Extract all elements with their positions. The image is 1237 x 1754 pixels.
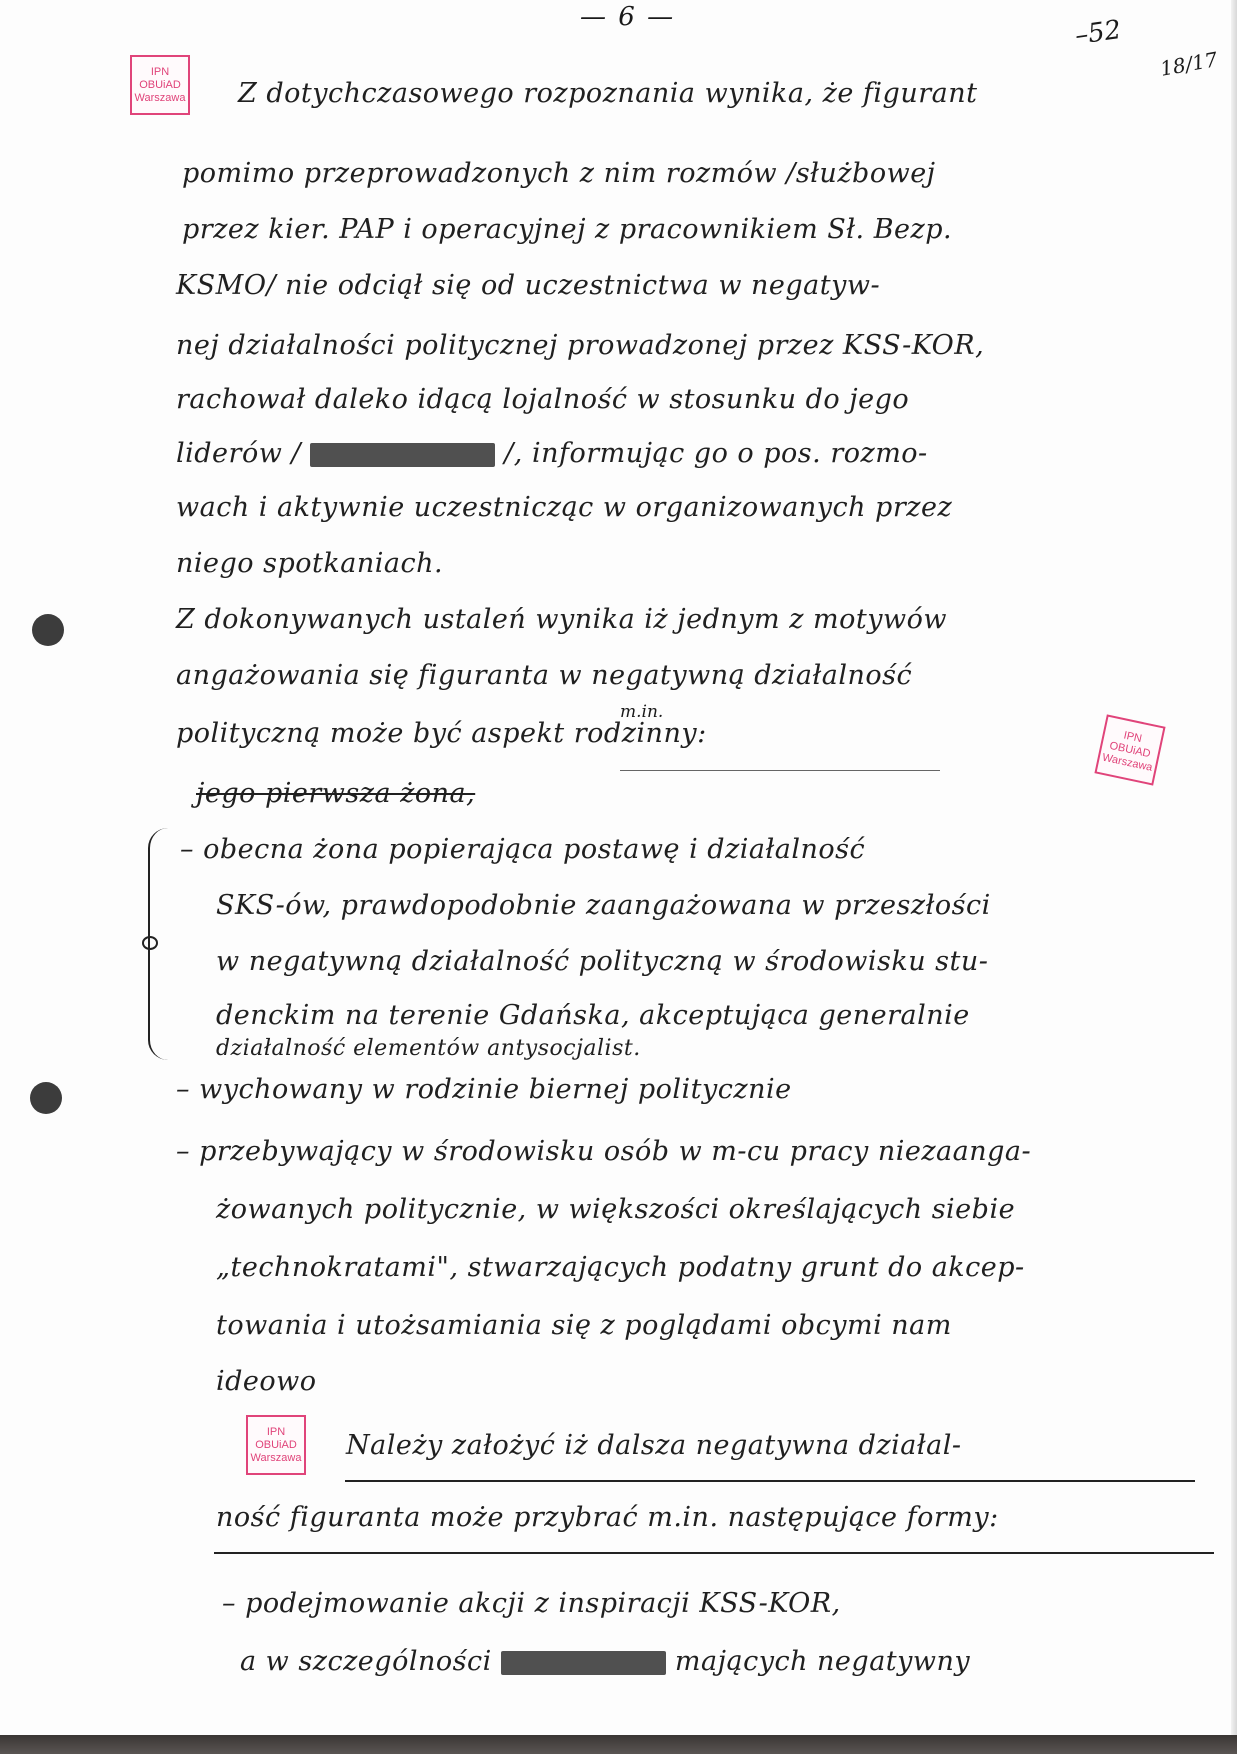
archive-number-alt: 18/17: [1158, 47, 1219, 81]
ipn-stamp: IPN OBUiAD Warszawa: [130, 55, 190, 115]
text-line: liderów / /, informując go o pos. rozmo-: [176, 438, 928, 469]
stamp-line-2: OBUiAD: [248, 1439, 304, 1452]
text-line: Należy założyć iż dalsza negatywna dział…: [346, 1430, 962, 1461]
stamp-line-2: OBUiAD: [132, 79, 188, 92]
stamp-line-1: IPN: [248, 1426, 304, 1439]
ipn-stamp: IPN OBUiAD Warszawa: [1094, 714, 1165, 785]
punch-hole: [30, 1082, 62, 1114]
text-fragment: polityczną może być: [176, 718, 462, 749]
text-line: Z dotychczasowego rozpoznania wynika, że…: [238, 78, 977, 109]
text-line: działalność elementów antysocjalist.: [216, 1036, 641, 1061]
struck-text-line: jego pierwsza żona,: [196, 778, 475, 809]
text-line: „technokratami", stwarzających podatny g…: [216, 1252, 1025, 1283]
document-page: — 6 — –52 18/17 IPN OBUiAD Warszawa IPN …: [0, 0, 1237, 1735]
text-line: wach i aktywnie uczestnicząc w organizow…: [176, 492, 952, 523]
list-item: – wychowany w rodzinie biernej polityczn…: [176, 1074, 792, 1105]
redaction-block: [501, 1651, 666, 1675]
underline: [214, 1552, 1214, 1554]
list-item: – obecna żona popierająca postawę i dzia…: [180, 834, 865, 865]
text-line: denckim na terenie Gdańska, akceptująca …: [216, 1000, 970, 1031]
text-line: nej działalności politycznej prowadzonej…: [176, 330, 984, 361]
text-line: angażowania się figuranta w negatywną dz…: [176, 660, 912, 691]
text-line: przez kier. PAP i operacyjnej z pracowni…: [182, 214, 952, 245]
text-line: niego spotkaniach.: [176, 548, 443, 579]
text-line: a w szczególności mających negatywny: [240, 1646, 970, 1677]
text-line: żowanych politycznie, w większości okreś…: [216, 1194, 1015, 1225]
curly-brace-tip: [142, 936, 158, 950]
text-line: SKS-ów, prawdopodobnie zaangażowana w pr…: [216, 890, 991, 921]
text-line: rachował daleko idącą lojalność w stosun…: [176, 384, 909, 415]
text-line: towania i utożsamiania się z poglądami o…: [216, 1310, 952, 1341]
text-fragment: a w szczególności: [240, 1646, 492, 1677]
text-line: Z dokonywanych ustaleń wynika iż jednym …: [176, 604, 947, 635]
stamp-line-3: Warszawa: [248, 1452, 304, 1465]
text-line: polityczną może być aspekt rodzinny:: [176, 718, 707, 749]
underline: [345, 1480, 1195, 1482]
text-fragment: mających negatywny: [675, 1646, 970, 1677]
page-number: — 6 —: [580, 2, 675, 32]
stamp-line-3: Warszawa: [132, 92, 188, 105]
text-line: ideowo: [216, 1366, 317, 1397]
ipn-stamp: IPN OBUiAD Warszawa: [246, 1415, 306, 1475]
divider-line: [620, 770, 940, 771]
text-fragment: liderów /: [176, 438, 301, 469]
scanner-edge: [0, 1735, 1237, 1754]
text-line: w negatywną działalność polityczną w śro…: [216, 946, 988, 977]
text-fragment: aspekt rodzinny:: [471, 718, 706, 749]
text-line: KSMO/ nie odciął się od uczestnictwa w n…: [176, 270, 880, 301]
text-fragment: /, informując go o pos. rozmo-: [504, 438, 928, 469]
punch-hole: [32, 614, 64, 646]
page-edge: [1231, 0, 1237, 1735]
text-line: ność figuranta może przybrać m.in. nastę…: [216, 1502, 999, 1533]
list-item: – podejmowanie akcji z inspiracji KSS-KO…: [222, 1588, 841, 1619]
text-line: pomimo przeprowadzonych z nim rozmów /sł…: [182, 158, 936, 189]
list-item: – przebywający w środowisku osób w m-cu …: [176, 1136, 1031, 1167]
archive-number: –52: [1073, 15, 1123, 51]
redaction-block: [310, 443, 495, 467]
stamp-line-1: IPN: [132, 66, 188, 79]
